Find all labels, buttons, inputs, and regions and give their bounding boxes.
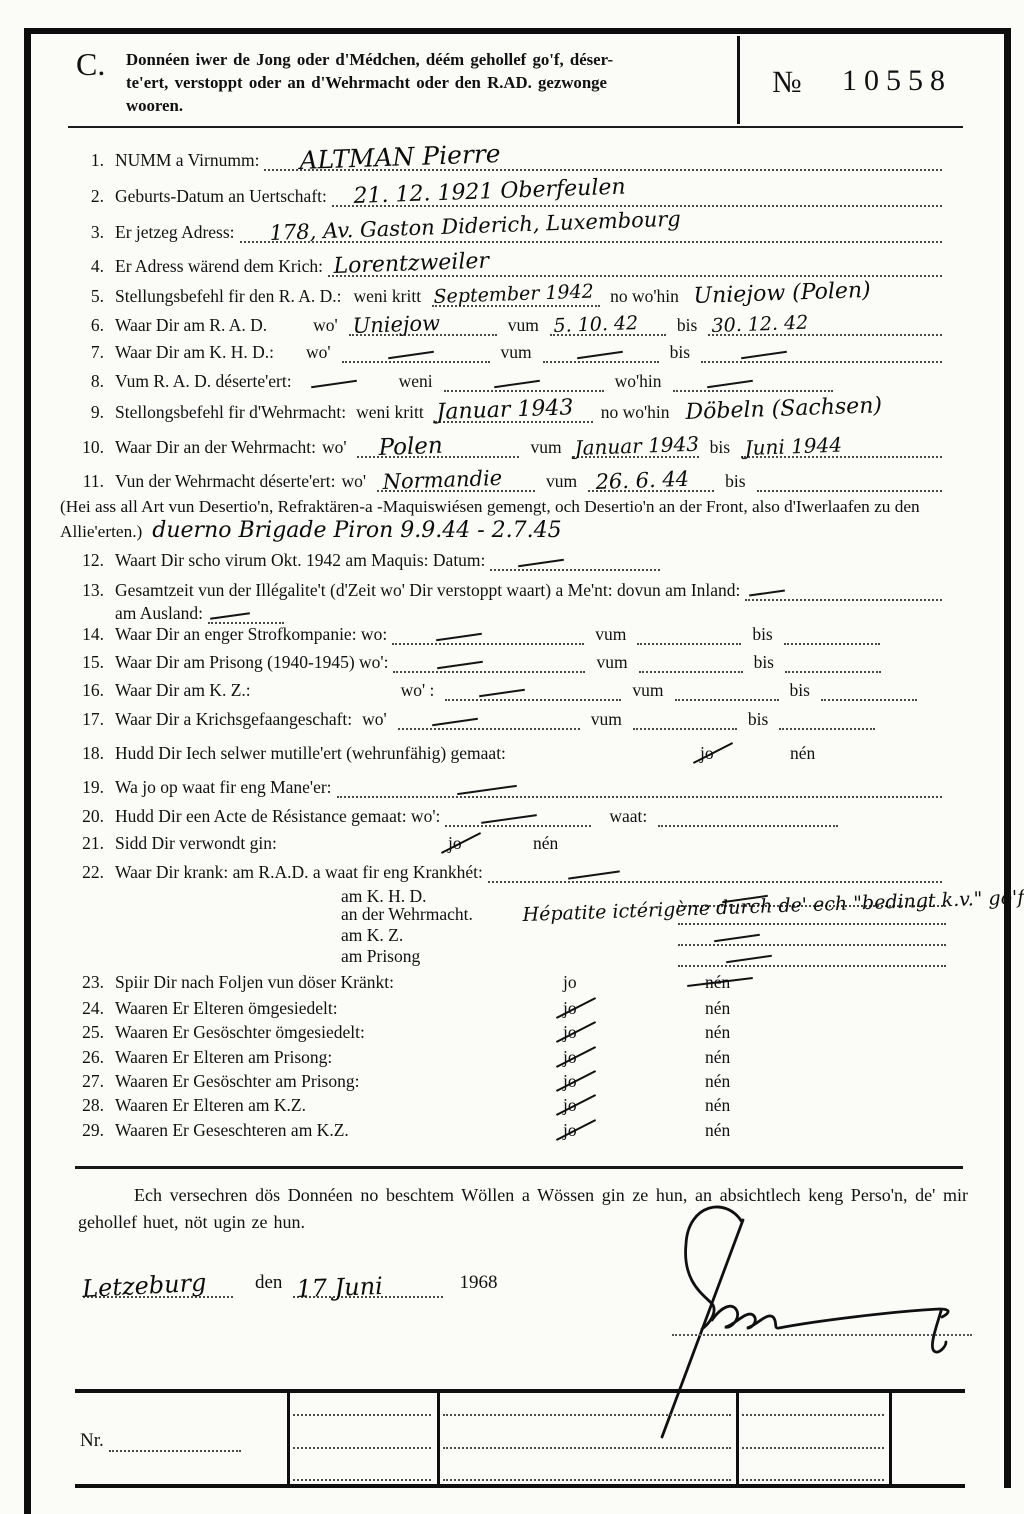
row-label: Waaren Er Elteren ömgesiedelt: (115, 996, 338, 1020)
row-number: 27. (60, 1069, 104, 1093)
form-row: 28.Waaren Er Elteren am K.Z.jonén (60, 1093, 944, 1117)
row-label: Hudd Dir Iech selwer mutille'ert (wehrun… (115, 741, 506, 765)
dotted-field: 5. 10. 42 (550, 313, 666, 336)
dotted-field (444, 369, 604, 392)
dotted-field: Hépatite ictérigène durch de' ech "bedin… (678, 902, 946, 925)
dotted-field: Polen (357, 435, 519, 458)
row-number: 21. (60, 831, 104, 855)
table-line-bottom (75, 1484, 965, 1488)
field-label: vum (596, 650, 627, 674)
row-label: Waar Dir am K. Z.: (115, 678, 251, 702)
handwritten-value: 21. 12. 1921 Oberfeulen (353, 176, 626, 209)
dotted-field (445, 804, 591, 827)
place-handwriting: Letzeburg (81, 1268, 207, 1304)
row-label: am Prisong (341, 944, 673, 968)
form-row: 10.Waar Dir an der Wehrmacht:wo'Polenvum… (60, 435, 944, 459)
handwritten-dash (726, 955, 772, 963)
row-number: 13. (60, 578, 104, 602)
dotted-field (633, 707, 737, 730)
field-label: bis (748, 707, 768, 731)
table-dotted-line (293, 1414, 431, 1416)
table-divider (889, 1393, 892, 1484)
dotted-field (490, 548, 660, 571)
dotted-field (784, 622, 880, 645)
form-row: 2.Geburts-Datum an Uertschaft:21. 12. 19… (60, 184, 944, 208)
handwritten-dash (311, 380, 357, 388)
dotted-field: ALTMAN Pierre (264, 148, 942, 171)
field-label: wo' (322, 435, 347, 459)
row-number: 10. (60, 435, 104, 459)
handwritten-dash (714, 934, 760, 942)
choice-option: nén (705, 1045, 730, 1069)
field-label: weni (399, 369, 433, 393)
row-number: 20. (60, 804, 104, 828)
row-number: 26. (60, 1045, 104, 1069)
field-label: bis (677, 313, 697, 337)
dotted-field (658, 804, 838, 827)
choice-crossed-out: jo (563, 1069, 577, 1093)
dotted-field (639, 650, 743, 673)
field-label: bis (710, 435, 730, 459)
handwritten-dash (457, 785, 517, 795)
handwritten-dash (479, 689, 525, 697)
dotted-field: 178, Av. Gaston Diderich, Luxembourg (240, 220, 942, 243)
table-dotted-line (443, 1447, 731, 1449)
row-number: 28. (60, 1093, 104, 1117)
handwritten-dash (749, 590, 785, 597)
form-row: 13.Gesamtzeit vun der Illégalite't (d'Ze… (60, 578, 944, 602)
form-row: am Prisong (60, 944, 944, 968)
dotted-field (208, 601, 284, 624)
row-label: Vun der Wehrmacht déserte'ert: (115, 469, 336, 493)
row-label: Spiir Dir nach Foljen vun döser Kränkt: (115, 970, 394, 994)
date-field: 17 Juni (293, 1268, 443, 1298)
handwritten-dash (436, 633, 482, 641)
dotted-field (445, 678, 621, 701)
choice-option: nén (705, 1069, 730, 1093)
field-label: bis (754, 650, 774, 674)
dotted-field: September 1942 (432, 284, 600, 307)
row-label: Waar Dir an der Wehrmacht: (115, 435, 316, 459)
row-number: 3. (60, 220, 104, 244)
row-number: 23. (60, 970, 104, 994)
handwritten-dash (438, 661, 484, 669)
row-label: Waar Dir a Krichsgefaangeschaft: (115, 707, 352, 731)
handwritten-value: Polen (379, 434, 444, 460)
row-label: Stellungsbefehl fir den R. A. D.: (115, 284, 342, 308)
form-row: 17.Waar Dir a Krichsgefaangeschaft:wo'vu… (60, 707, 944, 731)
form-row: 6.Waar Dir am R. A. D.wo'Uniejowvum5. 10… (60, 313, 944, 337)
form-row: 20.Hudd Dir een Acte de Résistance gemaa… (60, 804, 944, 828)
handwritten-dash (388, 351, 434, 359)
row-number: 11. (60, 469, 104, 493)
handwritten-dash (577, 351, 623, 359)
choice-crossed-out: jo (563, 1020, 577, 1044)
row-number: 12. (60, 548, 104, 572)
form-row: 18.Hudd Dir Iech selwer mutille'ert (weh… (60, 741, 944, 765)
field-label: wo'hin (615, 369, 662, 393)
row-label: NUMM a Virnumm: (115, 148, 259, 172)
field-label: weni kritt (356, 400, 424, 424)
row-number: 24. (60, 996, 104, 1020)
scanned-form-page: C. Donnéen iwer de Jong oder d'Médchen, … (0, 0, 1024, 1514)
dotted-field: Döbeln (Sachsen) (680, 400, 942, 421)
dotted-field: Januar 1943 (435, 400, 593, 423)
dotted-field (543, 340, 659, 363)
nr-field (109, 1432, 241, 1452)
field-label: wo' : (401, 678, 435, 702)
form-row: 4.Er Adress wärend dem Krich:Lorentzweil… (60, 254, 944, 278)
row-number: 7. (60, 340, 104, 364)
form-row: 12.Waart Dir scho virum Okt. 1942 am Maq… (60, 548, 944, 572)
handwritten-value: 30. 12. 42 (711, 311, 808, 338)
field-label: vum (595, 622, 626, 646)
choice-crossed-out: jo (563, 1118, 577, 1142)
row-number: 2. (60, 184, 104, 208)
row-number: 6. (60, 313, 104, 337)
row-label: Geburts-Datum an Uertschaft: (115, 184, 327, 208)
date-handwriting: 17 Juni (296, 1271, 383, 1304)
form-row: 23.Spiir Dir nach Foljen vun döser Kränk… (60, 970, 944, 994)
form-row: 7.Waar Dir am K. H. D.:wo'vumbis (60, 340, 944, 364)
dotted-field: Normandie (377, 469, 535, 492)
handwritten-dash (432, 718, 478, 726)
dotted-field (297, 369, 383, 390)
dotted-field (392, 622, 584, 645)
handwritten-value: 178, Av. Gaston Diderich, Luxembourg (269, 207, 681, 245)
dotted-field (393, 650, 585, 673)
handwritten-dash (494, 380, 540, 388)
row-number: 17. (60, 707, 104, 731)
row-label: Waaren Er Elteren am Prisong: (115, 1045, 332, 1069)
dotted-field (488, 860, 942, 883)
row-number: 29. (60, 1118, 104, 1142)
row-label: Waar Dir am Prisong (1940-1945) wo': (115, 650, 388, 674)
handwritten-value: duerno Brigade Piron 9.9.44 - 2.7.45 (152, 518, 561, 543)
handwritten-value: Döbeln (Sachsen) (686, 394, 883, 425)
field-label: vum (591, 707, 622, 731)
row-label: Waaren Er Gesöschter am Prisong: (115, 1069, 360, 1093)
dotted-field (678, 923, 946, 946)
form-note: (Hei ass all Art vun Desertio'n, Refrakt… (60, 495, 944, 543)
field-label: no wo'hin (610, 284, 679, 308)
form-row: 11.Vun der Wehrmacht déserte'ert:wo'Norm… (60, 469, 944, 493)
row-number: 1. (60, 148, 104, 172)
form-row: 26.Waaren Er Elteren am Prisong:jonén (60, 1045, 944, 1069)
nr-label: Nr. (80, 1430, 104, 1451)
choice-option: nén (533, 831, 558, 855)
choice-crossed-out: jo (700, 741, 714, 765)
row-number: 15. (60, 650, 104, 674)
handwritten-value: Normandie (382, 466, 502, 494)
choice-option: nén (705, 1020, 730, 1044)
choice-option: nén (705, 1118, 730, 1142)
row-number: 18. (60, 741, 104, 765)
handwritten-value: Uniejow (352, 311, 440, 338)
page-border-left (24, 28, 31, 1514)
handwritten-dash (481, 814, 537, 824)
row-number: 25. (60, 1020, 104, 1044)
field-label: wo' (313, 313, 338, 337)
handwritten-dash (210, 612, 250, 620)
row-label: Stellongsbefehl fir d'Wehrmacht: (115, 400, 346, 424)
handwritten-value: Januar 1943 (574, 432, 699, 460)
field-label: bis (752, 622, 772, 646)
dotted-field (757, 469, 942, 492)
dotted-field (637, 622, 741, 645)
field-label: bis (790, 678, 810, 702)
dotted-field: 21. 12. 1921 Oberfeulen (332, 184, 942, 207)
dotted-field: Uniejow (Polen) (690, 284, 942, 305)
form-row: 15.Waar Dir am Prisong (1940-1945) wo':v… (60, 650, 944, 674)
choice-crossed-out: jo (448, 831, 462, 855)
table-divider (437, 1393, 440, 1484)
field-label: vum (632, 678, 663, 702)
field-label: vum (530, 435, 561, 459)
handwritten-dash (518, 559, 564, 567)
choice-option: nén (705, 1093, 730, 1117)
table-dotted-line (742, 1479, 884, 1481)
dotted-field (398, 707, 580, 730)
dotted-field (701, 340, 942, 363)
dotted-field: Juni 1944 (741, 435, 942, 458)
field-label: weni kritt (354, 284, 422, 308)
field-label: wo' (342, 469, 367, 493)
field-label: wo' (362, 707, 387, 731)
field-label: waat: (609, 804, 647, 828)
form-row: 27.Waaren Er Gesöschter am Prisong:jonén (60, 1069, 944, 1093)
row-number: 5. (60, 284, 104, 308)
form-row: 22.Waar Dir krank: am R.A.D. a waat fir … (60, 860, 944, 884)
table-dotted-line (742, 1414, 884, 1416)
den-label: den (255, 1268, 282, 1298)
choice-crossed-out: jo (563, 996, 577, 1020)
field-label: bis (670, 340, 690, 364)
dotted-field (785, 650, 881, 673)
dotted-field: Januar 1943 (573, 435, 699, 458)
form-row: 21.Sidd Dir verwondt gin:jonén (60, 831, 944, 855)
row-label: Waar Dir am K. H. D.: (115, 340, 274, 364)
form-row: 25.Waaren Er Gesöschter ömgesiedelt:joné… (60, 1020, 944, 1044)
row-label: Waaren Er Elteren am K.Z. (115, 1093, 306, 1117)
table-divider (287, 1393, 290, 1484)
row-number: 8. (60, 369, 104, 393)
form-row: 24.Waaren Er Elteren ömgesiedelt:jonén (60, 996, 944, 1020)
row-label: Vum R. A. D. déserte'ert: (115, 369, 292, 393)
choice-crossed-out: jo (563, 1045, 577, 1069)
table-dotted-line (443, 1414, 731, 1416)
dotted-field: Lorentzweiler (328, 254, 942, 277)
dotted-field (745, 578, 942, 601)
place-field: Letzeburg (83, 1268, 233, 1298)
dotted-field (673, 369, 833, 392)
form-row: 5.Stellungsbefehl fir den R. A. D.:weni … (60, 284, 944, 308)
form-row: 29.Waaren Er Geseschteren am K.Z.jonén (60, 1118, 944, 1142)
row-number: 19. (60, 775, 104, 799)
dotted-field (337, 775, 942, 798)
form-row: 9.Stellongsbefehl fir d'Wehrmacht:weni k… (60, 400, 944, 424)
page-border-right (1004, 28, 1011, 1488)
signature (620, 1200, 1000, 1450)
handwritten-value: ALTMAN Pierre (300, 142, 502, 173)
row-number: 4. (60, 254, 104, 278)
year-label: 1968 (459, 1268, 497, 1298)
form-row: 8.Vum R. A. D. déserte'ert:weniwo'hin (60, 369, 944, 393)
row-label: Hudd Dir een Acte de Résistance gemaat: … (115, 804, 440, 828)
table-dotted-line (443, 1479, 731, 1481)
dotted-field (821, 678, 917, 701)
form-row: 14.Waar Dir an enger Strofkompanie: wo:v… (60, 622, 944, 646)
row-label: Waar Dir krank: am R.A.D. a waat fir eng… (115, 860, 483, 884)
form-row: 16.Waar Dir am K. Z.:wo' :vumbis (60, 678, 944, 702)
handwritten-value: 26. 6. 44 (595, 467, 689, 494)
form-row: 19.Wa jo op waat fir eng Mane'er: (60, 775, 944, 799)
choice-crossed-out: nén (705, 970, 730, 994)
handwritten-dash (741, 351, 787, 359)
handwritten-dash (707, 380, 753, 388)
table-line-top (75, 1389, 965, 1393)
choice-crossed-out: jo (563, 1093, 577, 1117)
field-label: no wo'hin (601, 400, 670, 424)
row-label: Sidd Dir verwondt gin: (115, 831, 277, 855)
table-dotted-line (293, 1479, 431, 1481)
field-label: bis (725, 469, 745, 493)
handwritten-value: Lorentzweiler (333, 250, 489, 279)
row-number: 16. (60, 678, 104, 702)
dotted-field: 30. 12. 42 (708, 313, 942, 336)
dotted-field: Uniejow (349, 313, 497, 336)
dotted-field (779, 707, 875, 730)
handwritten-value: September 1942 (433, 279, 594, 309)
field-label: vum (501, 340, 532, 364)
row-label: Er jetzeg Adress: (115, 220, 235, 244)
table-dotted-line (742, 1447, 884, 1449)
handwritten-value: Januar 1943 (436, 396, 574, 425)
field-label: wo' (306, 340, 331, 364)
row-label: Er Adress wärend dem Krich: (115, 254, 323, 278)
nr-line: Nr. (80, 1430, 241, 1452)
form-row: 1.NUMM a Virnumm:ALTMAN Pierre (60, 148, 944, 172)
field-label: vum (546, 469, 577, 493)
handwritten-value: Uniejow (Polen) (693, 279, 871, 309)
row-label: Waaren Er Geseschteren am K.Z. (115, 1118, 349, 1142)
dotted-field (342, 340, 490, 363)
handwritten-value: 5. 10. 42 (553, 311, 638, 338)
row-label: Wa jo op waat fir eng Mane'er: (115, 775, 332, 799)
row-label: Waar Dir an enger Strofkompanie: wo: (115, 622, 387, 646)
field-label: vum (508, 313, 539, 337)
row-number: 9. (60, 400, 104, 424)
place-date-line: Letzeburg den 17 Juni 1968 (78, 1268, 678, 1304)
choice-option: nén (790, 741, 815, 765)
handwritten-value: Juni 1944 (744, 433, 842, 460)
choice-option: nén (705, 996, 730, 1020)
dotted-field (675, 678, 779, 701)
row-label: Gesamtzeit vun der Illégalite't (d'Zeit … (115, 578, 740, 602)
row-number: 22. (60, 860, 104, 884)
row-label: Waart Dir scho virum Okt. 1942 am Maquis… (115, 548, 485, 572)
row-number: 14. (60, 622, 104, 646)
signature-line (672, 1334, 972, 1336)
choice-option: jo (563, 970, 577, 994)
table-dotted-line (293, 1447, 431, 1449)
handwritten-dash (568, 870, 620, 879)
row-label: Waaren Er Gesöschter ömgesiedelt: (115, 1020, 365, 1044)
form-row: 3.Er jetzeg Adress:178, Av. Gaston Dider… (60, 220, 944, 244)
dotted-field (678, 944, 946, 967)
table-divider (736, 1393, 739, 1484)
row-label: Waar Dir am R. A. D. (115, 313, 267, 337)
dotted-field: 26. 6. 44 (588, 469, 714, 492)
footer-rule (75, 1166, 963, 1169)
